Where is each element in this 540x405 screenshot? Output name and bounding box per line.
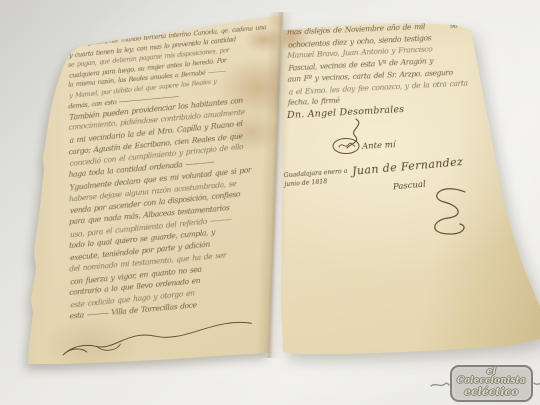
- left-page-text: Ygualmente mando tercería interino Cance…: [68, 20, 283, 322]
- watermark-line1: el Coleccionista: [457, 368, 526, 386]
- watermark-right-flourish-icon: [533, 374, 540, 394]
- left-page-shadow: Ygualmente mando tercería interino Cance…: [0, 0, 540, 405]
- manuscript-photo: 98 mas dislejos de Noviembre año de milo…: [0, 0, 540, 405]
- watermark-line2: ecléctico: [457, 387, 526, 398]
- watermark-badge: el Coleccionista ecléctico: [430, 362, 540, 405]
- watermark-frame: el Coleccionista ecléctico: [450, 365, 533, 401]
- watermark-left-flourish-icon: [430, 374, 450, 394]
- left-page: Ygualmente mando tercería interino Cance…: [0, 0, 540, 405]
